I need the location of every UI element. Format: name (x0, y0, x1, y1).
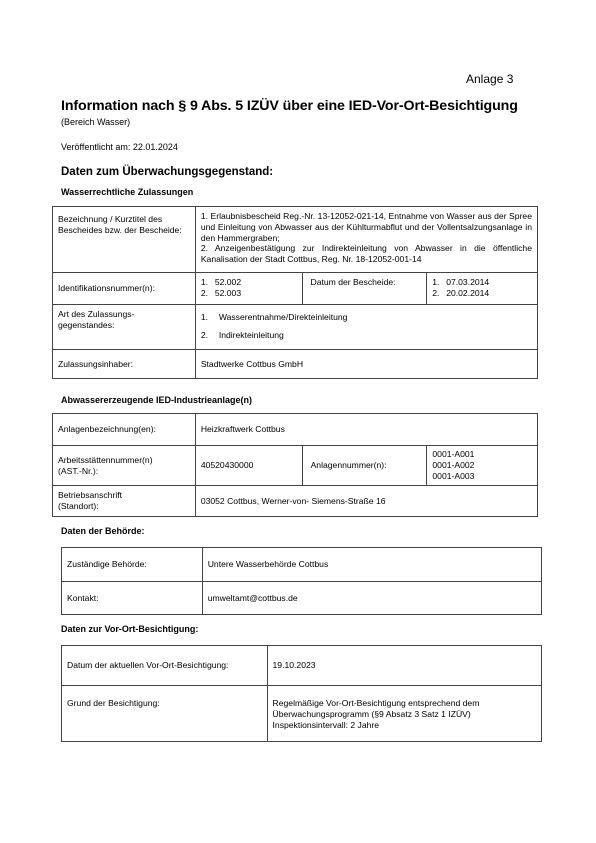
id-value: 52.003 (215, 288, 241, 299)
contact-label: Kontakt: (62, 582, 203, 615)
inspection-table: Datum der aktuellen Vor-Ort-Besichtigung… (61, 645, 542, 742)
id-values: 1.52.002 2.52.003 (195, 273, 302, 305)
label-line: Betriebsanschrift (58, 490, 190, 501)
table-row: Arbeitsstättennummer(n) (AST.-Nr.): 4052… (53, 446, 538, 486)
reason-line: Inspektionsintervall: 2 Jahre (273, 720, 536, 731)
workplace-number-label: Arbeitsstättennummer(n) (AST.-Nr.): (53, 446, 196, 486)
holder-value: Stadtwerke Cottbus GmbH (195, 350, 537, 379)
list-number: 2. (432, 288, 446, 299)
designation-value: 1. Erlaubnisbescheid Reg.-Nr. 13-12052-0… (195, 207, 537, 273)
table-row: Zulassungsinhaber: Stadtwerke Cottbus Gm… (53, 350, 538, 379)
date-value: 20.02.2014 (446, 288, 489, 299)
date-label: Datum der Bescheide: (302, 273, 427, 305)
type-values: 1.Wasserentnahme/Direkteinleitung 2.Indi… (195, 305, 537, 350)
table-row: Zuständige Behörde: Untere Wasserbehörde… (62, 548, 542, 582)
installation-name-value: Heizkraftwerk Cottbus (195, 414, 537, 446)
list-number: 2. (201, 330, 219, 341)
inspection-reason-value: Regelmäßige Vor-Ort-Besichtigung entspre… (267, 686, 541, 742)
plant-number-label: Anlagennummer(n): (302, 446, 427, 486)
table-row: Datum der aktuellen Vor-Ort-Besichtigung… (62, 646, 542, 686)
table-row: Identifikationsnummer(n): 1.52.002 2.52.… (53, 273, 538, 305)
plant-number: 0001-A003 (432, 471, 532, 482)
table-row: Grund der Besichtigung: Regelmäßige Vor-… (62, 686, 542, 742)
authority-table: Zuständige Behörde: Untere Wasserbehörde… (61, 547, 542, 615)
page-subtitle: (Bereich Wasser) (61, 117, 130, 127)
inspection-reason-label: Grund der Besichtigung: (62, 686, 268, 742)
label-line: Arbeitsstättennummer(n) (58, 455, 190, 466)
id-value: 52.002 (215, 277, 241, 288)
date-value: 07.03.2014 (446, 277, 489, 288)
reason-line: Regelmäßige Vor-Ort-Besichtigung entspre… (273, 698, 536, 709)
plant-number: 0001-A002 (432, 460, 532, 471)
installation-table: Anlagenbezeichnung(en): Heizkraftwerk Co… (52, 413, 538, 517)
annex-label: Anlage 3 (466, 72, 513, 86)
contact-value[interactable]: umweltamt@cottbus.de (202, 582, 541, 615)
table-row: Betriebsanschrift (Standort): 03052 Cott… (53, 486, 538, 517)
designation-line: 1. Erlaubnisbescheid Reg.-Nr. 13-12052-0… (201, 211, 532, 243)
date-values: 1.07.03.2014 2.20.02.2014 (427, 273, 538, 305)
section-heading-main: Daten zum Überwachungsgegenstand: (61, 166, 273, 178)
plant-number: 0001-A001 (432, 449, 532, 460)
plant-number-values: 0001-A001 0001-A002 0001-A003 (427, 446, 538, 486)
table-row: Kontakt: umweltamt@cottbus.de (62, 582, 542, 615)
heading-inspection: Daten zur Vor-Ort-Besichtigung: (61, 624, 198, 634)
published-date: Veröffentlicht am: 22.01.2024 (61, 142, 178, 152)
list-number: 1. (432, 277, 446, 288)
type-label: Art des Zulassungs-gegenstandes: (53, 305, 196, 350)
table-row: Art des Zulassungs-gegenstandes: 1.Wasse… (53, 305, 538, 350)
heading-water-permits: Wasserrechtliche Zulassungen (61, 187, 193, 197)
label-line: (Standort): (58, 501, 190, 512)
holder-label: Zulassungsinhaber: (53, 350, 196, 379)
type-value: Wasserentnahme/Direkteinleitung (219, 312, 348, 323)
label-line: (AST.-Nr.): (58, 466, 190, 477)
workplace-number-value: 40520430000 (195, 446, 302, 486)
id-label: Identifikationsnummer(n): (53, 273, 196, 305)
list-number: 2. (201, 288, 215, 299)
authority-label: Zuständige Behörde: (62, 548, 203, 582)
designation-line: 2. Anzeigenbestätigung zur Indirekteinle… (201, 243, 532, 265)
table-row: Bezeichnung / Kurztitel des Bescheides b… (53, 207, 538, 273)
authority-value: Untere Wasserbehörde Cottbus (202, 548, 541, 582)
page-title: Information nach § 9 Abs. 5 IZÜV über ei… (61, 98, 518, 114)
reason-line: Überwachungsprogramm (§9 Absatz 3 Satz 1… (273, 709, 536, 720)
heading-authority: Daten der Behörde: (61, 526, 145, 536)
designation-label: Bezeichnung / Kurztitel des Bescheides b… (53, 207, 196, 273)
inspection-date-label: Datum der aktuellen Vor-Ort-Besichtigung… (62, 646, 268, 686)
address-label: Betriebsanschrift (Standort): (53, 486, 196, 517)
inspection-date-value: 19.10.2023 (267, 646, 541, 686)
installation-name-label: Anlagenbezeichnung(en): (53, 414, 196, 446)
list-number: 1. (201, 277, 215, 288)
water-permits-table: Bezeichnung / Kurztitel des Bescheides b… (52, 206, 538, 379)
address-value: 03052 Cottbus, Werner-von- Siemens-Straß… (195, 486, 537, 517)
heading-installation: Abwassererzeugende IED-Industrieanlage(n… (61, 395, 252, 405)
type-value: Indirekteinleitung (219, 330, 284, 341)
table-row: Anlagenbezeichnung(en): Heizkraftwerk Co… (53, 414, 538, 446)
list-number: 1. (201, 312, 219, 323)
